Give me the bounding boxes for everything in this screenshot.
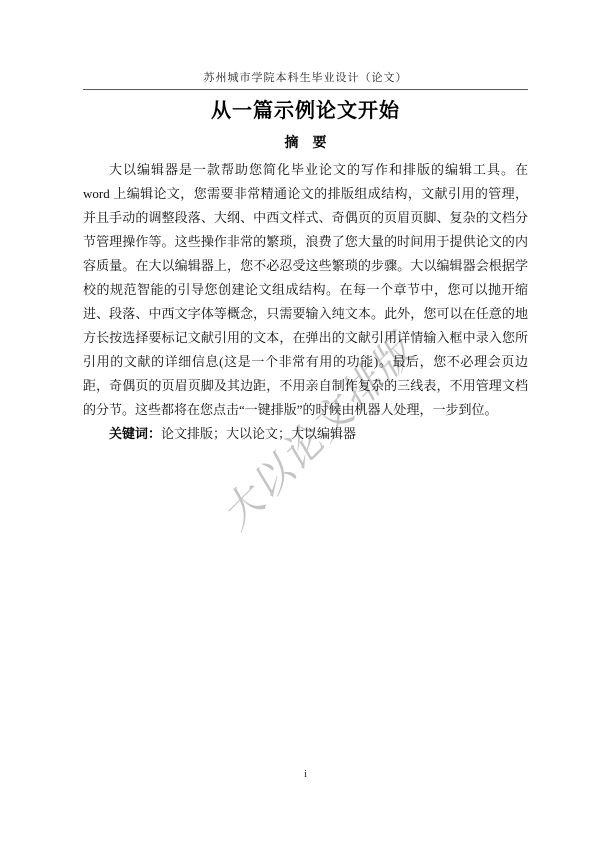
keywords-text: 论文排版；大以论文；大以编辑器: [161, 426, 356, 441]
abstract-paragraph: 大以编辑器是一款帮助您简化毕业论文的写作和排版的编辑工具。在 word 上编辑论…: [83, 158, 528, 422]
keywords-line: 关键词：论文排版；大以论文；大以编辑器: [83, 422, 528, 446]
running-header: 苏州城市学院本科生毕业设计（论文）: [83, 69, 528, 90]
running-header-text: 苏州城市学院本科生毕业设计（论文）: [204, 72, 408, 84]
page-content: 从一篇示例论文开始 摘 要 大以编辑器是一款帮助您简化毕业论文的写作和排版的编辑…: [83, 96, 528, 446]
document-page: 苏州城市学院本科生毕业设计（论文） 大以论文排版 从一篇示例论文开始 摘 要 大…: [0, 0, 595, 842]
page-number: i: [83, 768, 528, 780]
page-title: 从一篇示例论文开始: [83, 96, 528, 126]
keywords-label: 关键词：: [109, 426, 161, 441]
abstract-heading: 摘 要: [83, 133, 528, 151]
